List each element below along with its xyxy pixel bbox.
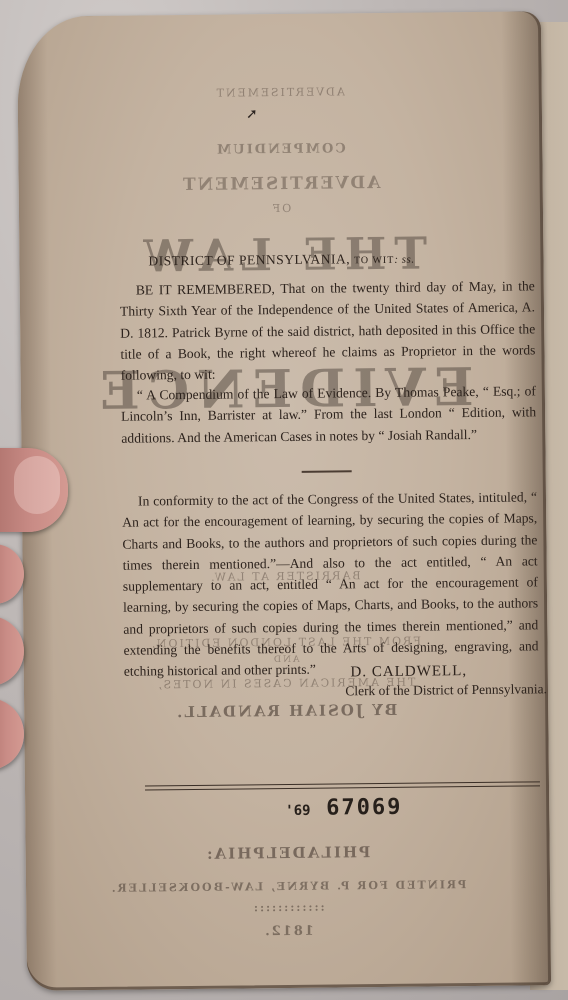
heading-to-wit: TO WIT [354,255,394,266]
finger [0,616,24,686]
ghost-city: PHILADELPHIA: [26,841,550,864]
heading-suffix: : ss. [394,254,414,266]
hand [0,448,70,778]
finger [0,698,24,770]
ghost-of: OF [19,199,543,217]
stamp-year-mark: '69 [285,803,310,819]
thumbnail [14,456,60,514]
paragraph-remembered: BE IT REMEMBERED, That on the twenty thi… [120,275,536,386]
paragraph-text: BE IT REMEMBERED, That on the twenty thi… [120,275,536,386]
double-rule [145,781,540,790]
ghost-by-josiah: BY JOSIAH RANDALL. [24,699,548,722]
paragraph-title-quote: “ A Compendium of the Law of Evidence. B… [121,380,537,448]
ghost-year: 1812. [26,921,550,941]
library-stamp: '69 67069 [285,795,402,821]
pencil-mark: ➚ [246,106,260,122]
book-page: ADVERTISEMENT ➚ COMPENDIUM ADVERTISEMENT… [17,11,551,990]
separator-rule [302,470,352,475]
signature-title: Clerk of the District of Pennsylvania. [284,681,547,700]
finger [0,544,24,604]
ghost-compendium: COMPENDIUM [18,139,542,159]
heading-main: DISTRICT OF PENNSYLVANIA, [148,251,350,268]
signature-name: D. CALDWELL, [274,662,544,682]
ghost-printer: PRINTED FOR P. BYRNE, LAW-BOOKSELLER. [26,877,550,895]
ghost-ornament: :::::::::::: [26,898,550,916]
paragraph-text: In conformity to the act of the Congress… [122,486,539,682]
stamp-number: 67069 [326,795,402,821]
ghost-top-header: ADVERTISEMENT [18,83,542,101]
paragraph-conformity: In conformity to the act of the Congress… [122,486,539,682]
ghost-advertisement: ADVERTISEMENT [19,171,543,196]
paragraph-text: “ A Compendium of the Law of Evidence. B… [121,380,537,448]
thumb [0,448,68,532]
